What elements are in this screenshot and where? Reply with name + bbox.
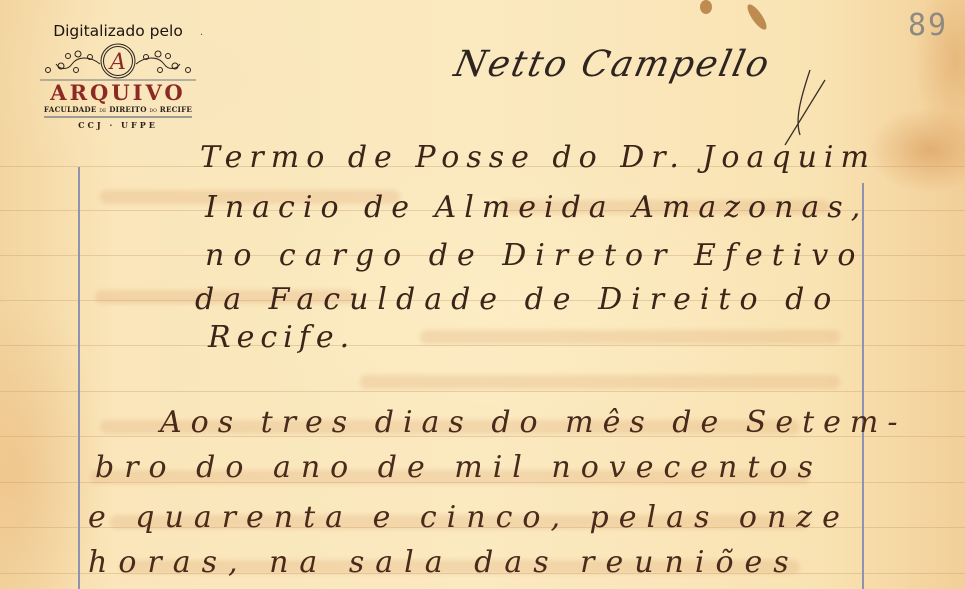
watermark-caption: Digitalizado pelo: [38, 22, 198, 40]
page-number: 89: [908, 8, 948, 43]
institution-name: FACULDADE DE DIREITO DO RECIFE: [38, 105, 198, 114]
ruled-line: [0, 345, 965, 346]
title-line-5: Recife.: [208, 320, 355, 355]
body-line-3: e quarenta e cinco, pelas onze: [88, 500, 850, 535]
signature-flourish-icon: [770, 60, 850, 150]
title-line-1: Termo de Posse do Dr. Joaquim: [200, 140, 876, 175]
ruled-line: [0, 391, 965, 392]
scroll-ornament-icon: A: [38, 42, 198, 82]
bleed-through: [360, 375, 840, 389]
title-line-3: no cargo de Diretor Efetivo: [205, 238, 864, 273]
divider: [44, 116, 192, 118]
signature: Netto Campello: [451, 44, 775, 85]
bleed-through: [420, 330, 840, 344]
body-line-4: horas, na sala das reuniões: [88, 545, 800, 580]
affiliation: CCJ · UFPE: [38, 120, 198, 130]
ink-stain: [700, 0, 712, 14]
archive-name: ARQUIVO: [38, 80, 198, 105]
decorative-dot: ·: [200, 30, 203, 41]
body-line-1: Aos tres dias do mês de Setem-: [160, 405, 906, 440]
left-margin-line: [78, 167, 80, 589]
body-line-2: bro do ano de mil novecentos: [95, 450, 823, 485]
title-line-2: Inacio de Almeida Amazonas,: [205, 190, 868, 225]
archive-watermark-logo: Digitalizado pelo A ARQUIVO FACULDADE DE…: [38, 22, 198, 130]
emblem: A: [38, 42, 198, 82]
title-line-4: da Faculdade de Direito do: [195, 282, 840, 317]
emblem-letter: A: [108, 50, 126, 75]
